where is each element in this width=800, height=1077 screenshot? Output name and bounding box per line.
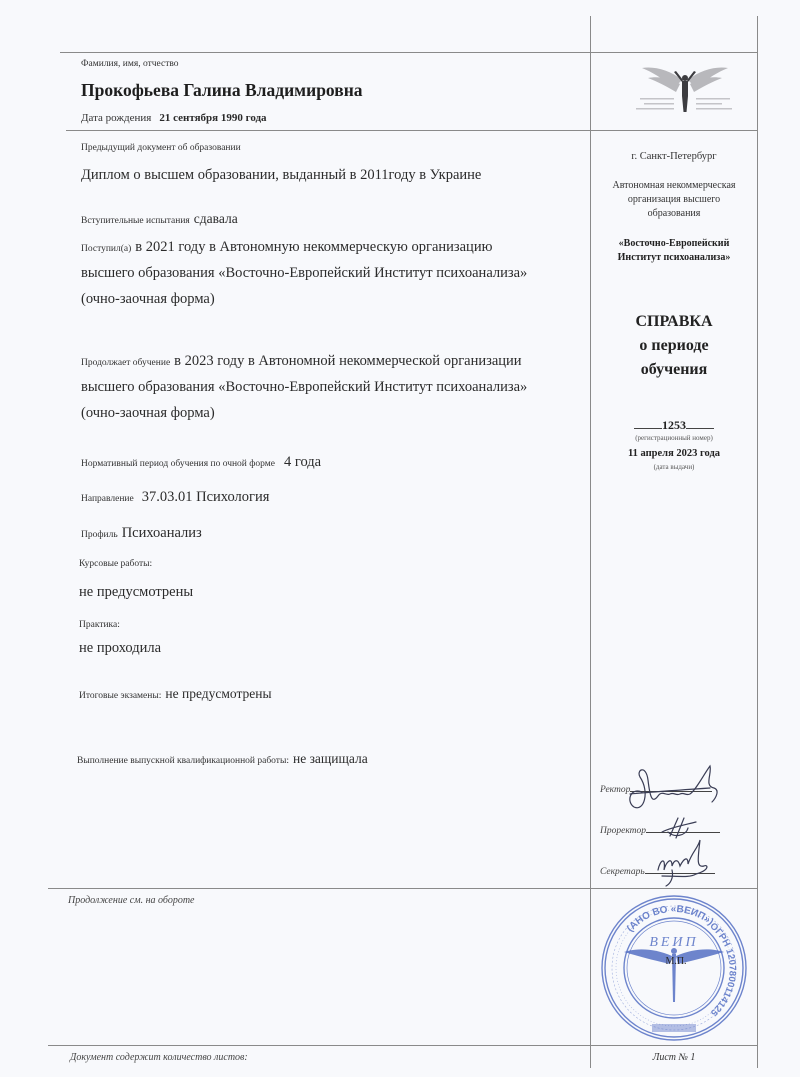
org-line3: образования (591, 207, 757, 221)
practice-label: Практика: (79, 620, 120, 630)
inst-line1: «Восточно-Европейский (591, 237, 757, 251)
rule-footer-top (48, 888, 757, 889)
profile-row: Профиль Психоанализ (81, 524, 202, 542)
rule-footer-bottom (48, 1045, 757, 1046)
winged-figure-logo-icon (630, 58, 740, 120)
name-label: Фамилия, имя, отчество (81, 59, 179, 69)
continues-line2: высшего образования «Восточно-Европейски… (81, 379, 527, 396)
institute-block: «Восточно-Европейский Институт психоанал… (591, 237, 757, 265)
reg-number-row: 1253 (591, 418, 757, 433)
thesis-value: не защищала (293, 751, 368, 766)
direction-row: Направление 37.03.01 Психология (81, 488, 269, 506)
coursework-label: Курсовые работы: (79, 559, 152, 569)
enrolled-label: Поступил(а) (81, 244, 131, 254)
reg-number-caption: (регистрационный номер) (591, 434, 757, 442)
sheet-number: Лист № 1 (591, 1052, 757, 1063)
continuation-note: Продолжение см. на обороте (68, 895, 194, 906)
document-title: СПРАВКА о периоде обучения (591, 310, 757, 382)
reg-number: 1253 (662, 418, 686, 432)
column-divider (590, 16, 591, 1068)
normative-value: 4 года (284, 454, 321, 470)
inst-line2: Институт психоанализа» (591, 251, 757, 265)
continues-line3: (очно-заочная форма) (81, 405, 215, 422)
enrolled-line3: (очно-заочная форма) (81, 291, 215, 308)
enrolled-line2: высшего образования «Восточно-Европейски… (81, 265, 527, 282)
normative-row: Нормативный период обучения по очной фор… (81, 453, 321, 471)
continues-label: Продолжает обучение (81, 358, 170, 368)
org-line2: организация высшего (591, 193, 757, 207)
entrance-label: Вступительные испытания (81, 216, 190, 226)
org-block: Автономная некоммерческая организация вы… (591, 179, 757, 221)
normative-label: Нормативный период обучения по очной фор… (81, 459, 275, 469)
svg-text:ВЕИП: ВЕИП (649, 935, 698, 950)
entrance-value: сдавала (194, 211, 238, 226)
final-exams-label: Итоговые экзамены: (79, 691, 161, 701)
official-stamp-icon: (АНО ВО «ВЕИП») ОГРН 1207800114125 ВЕИП … (594, 890, 754, 1045)
title-line1: СПРАВКА (591, 310, 757, 334)
profile-label: Профиль (81, 530, 118, 540)
enrolled-line1: в 2021 году в Автономную некоммерческую … (135, 239, 492, 255)
profile-value: Психоанализ (122, 525, 202, 541)
prev-edu-value: Диплом о высшем образовании, выданный в … (81, 167, 481, 184)
coursework-value: не предусмотрены (79, 584, 193, 601)
right-border (757, 16, 758, 1068)
org-line1: Автономная некоммерческая (591, 179, 757, 193)
final-exams-value: не предусмотрены (165, 686, 271, 701)
city: г. Санкт-Петербург (591, 151, 757, 162)
direction-label: Направление (81, 494, 134, 504)
issue-date-caption: (дата выдачи) (591, 463, 757, 471)
entrance-row: Вступительные испытания сдавала (81, 210, 238, 228)
enrolled-row: Поступил(а) в 2021 году в Автономную нек… (81, 238, 492, 256)
certificate-page: Фамилия, имя, отчество Прокофьева Галина… (0, 0, 800, 1077)
issue-date: 11 апреля 2023 года (591, 448, 757, 459)
rule-header-bottom (66, 130, 757, 131)
birth-date: 21 сентября 1990 года (159, 112, 266, 124)
thesis-row: Выполнение выпускной квалификационной ра… (77, 750, 368, 768)
rule-top (60, 52, 757, 53)
svg-text:М.П.: М.П. (665, 956, 686, 967)
final-exams-row: Итоговые экзамены: не предусмотрены (79, 685, 272, 703)
direction-value: 37.03.01 Психология (142, 489, 270, 505)
continues-line1: в 2023 году в Автономной некоммерческой … (174, 353, 521, 369)
practice-value: не проходила (79, 640, 161, 657)
full-name: Прокофьева Галина Владимировна (81, 80, 363, 101)
thesis-label: Выполнение выпускной квалификационной ра… (77, 756, 289, 766)
sheets-count-label: Документ содержит количество листов: (70, 1052, 248, 1063)
birth-row: Дата рождения 21 сентября 1990 года (81, 108, 267, 126)
title-line2: о периоде (591, 334, 757, 358)
title-line3: обучения (591, 358, 757, 382)
prev-edu-label: Предыдущий документ об образовании (81, 143, 241, 153)
continues-row: Продолжает обучение в 2023 году в Автоно… (81, 352, 522, 370)
handwritten-signatures-icon (600, 752, 750, 887)
birth-label: Дата рождения (81, 112, 151, 124)
